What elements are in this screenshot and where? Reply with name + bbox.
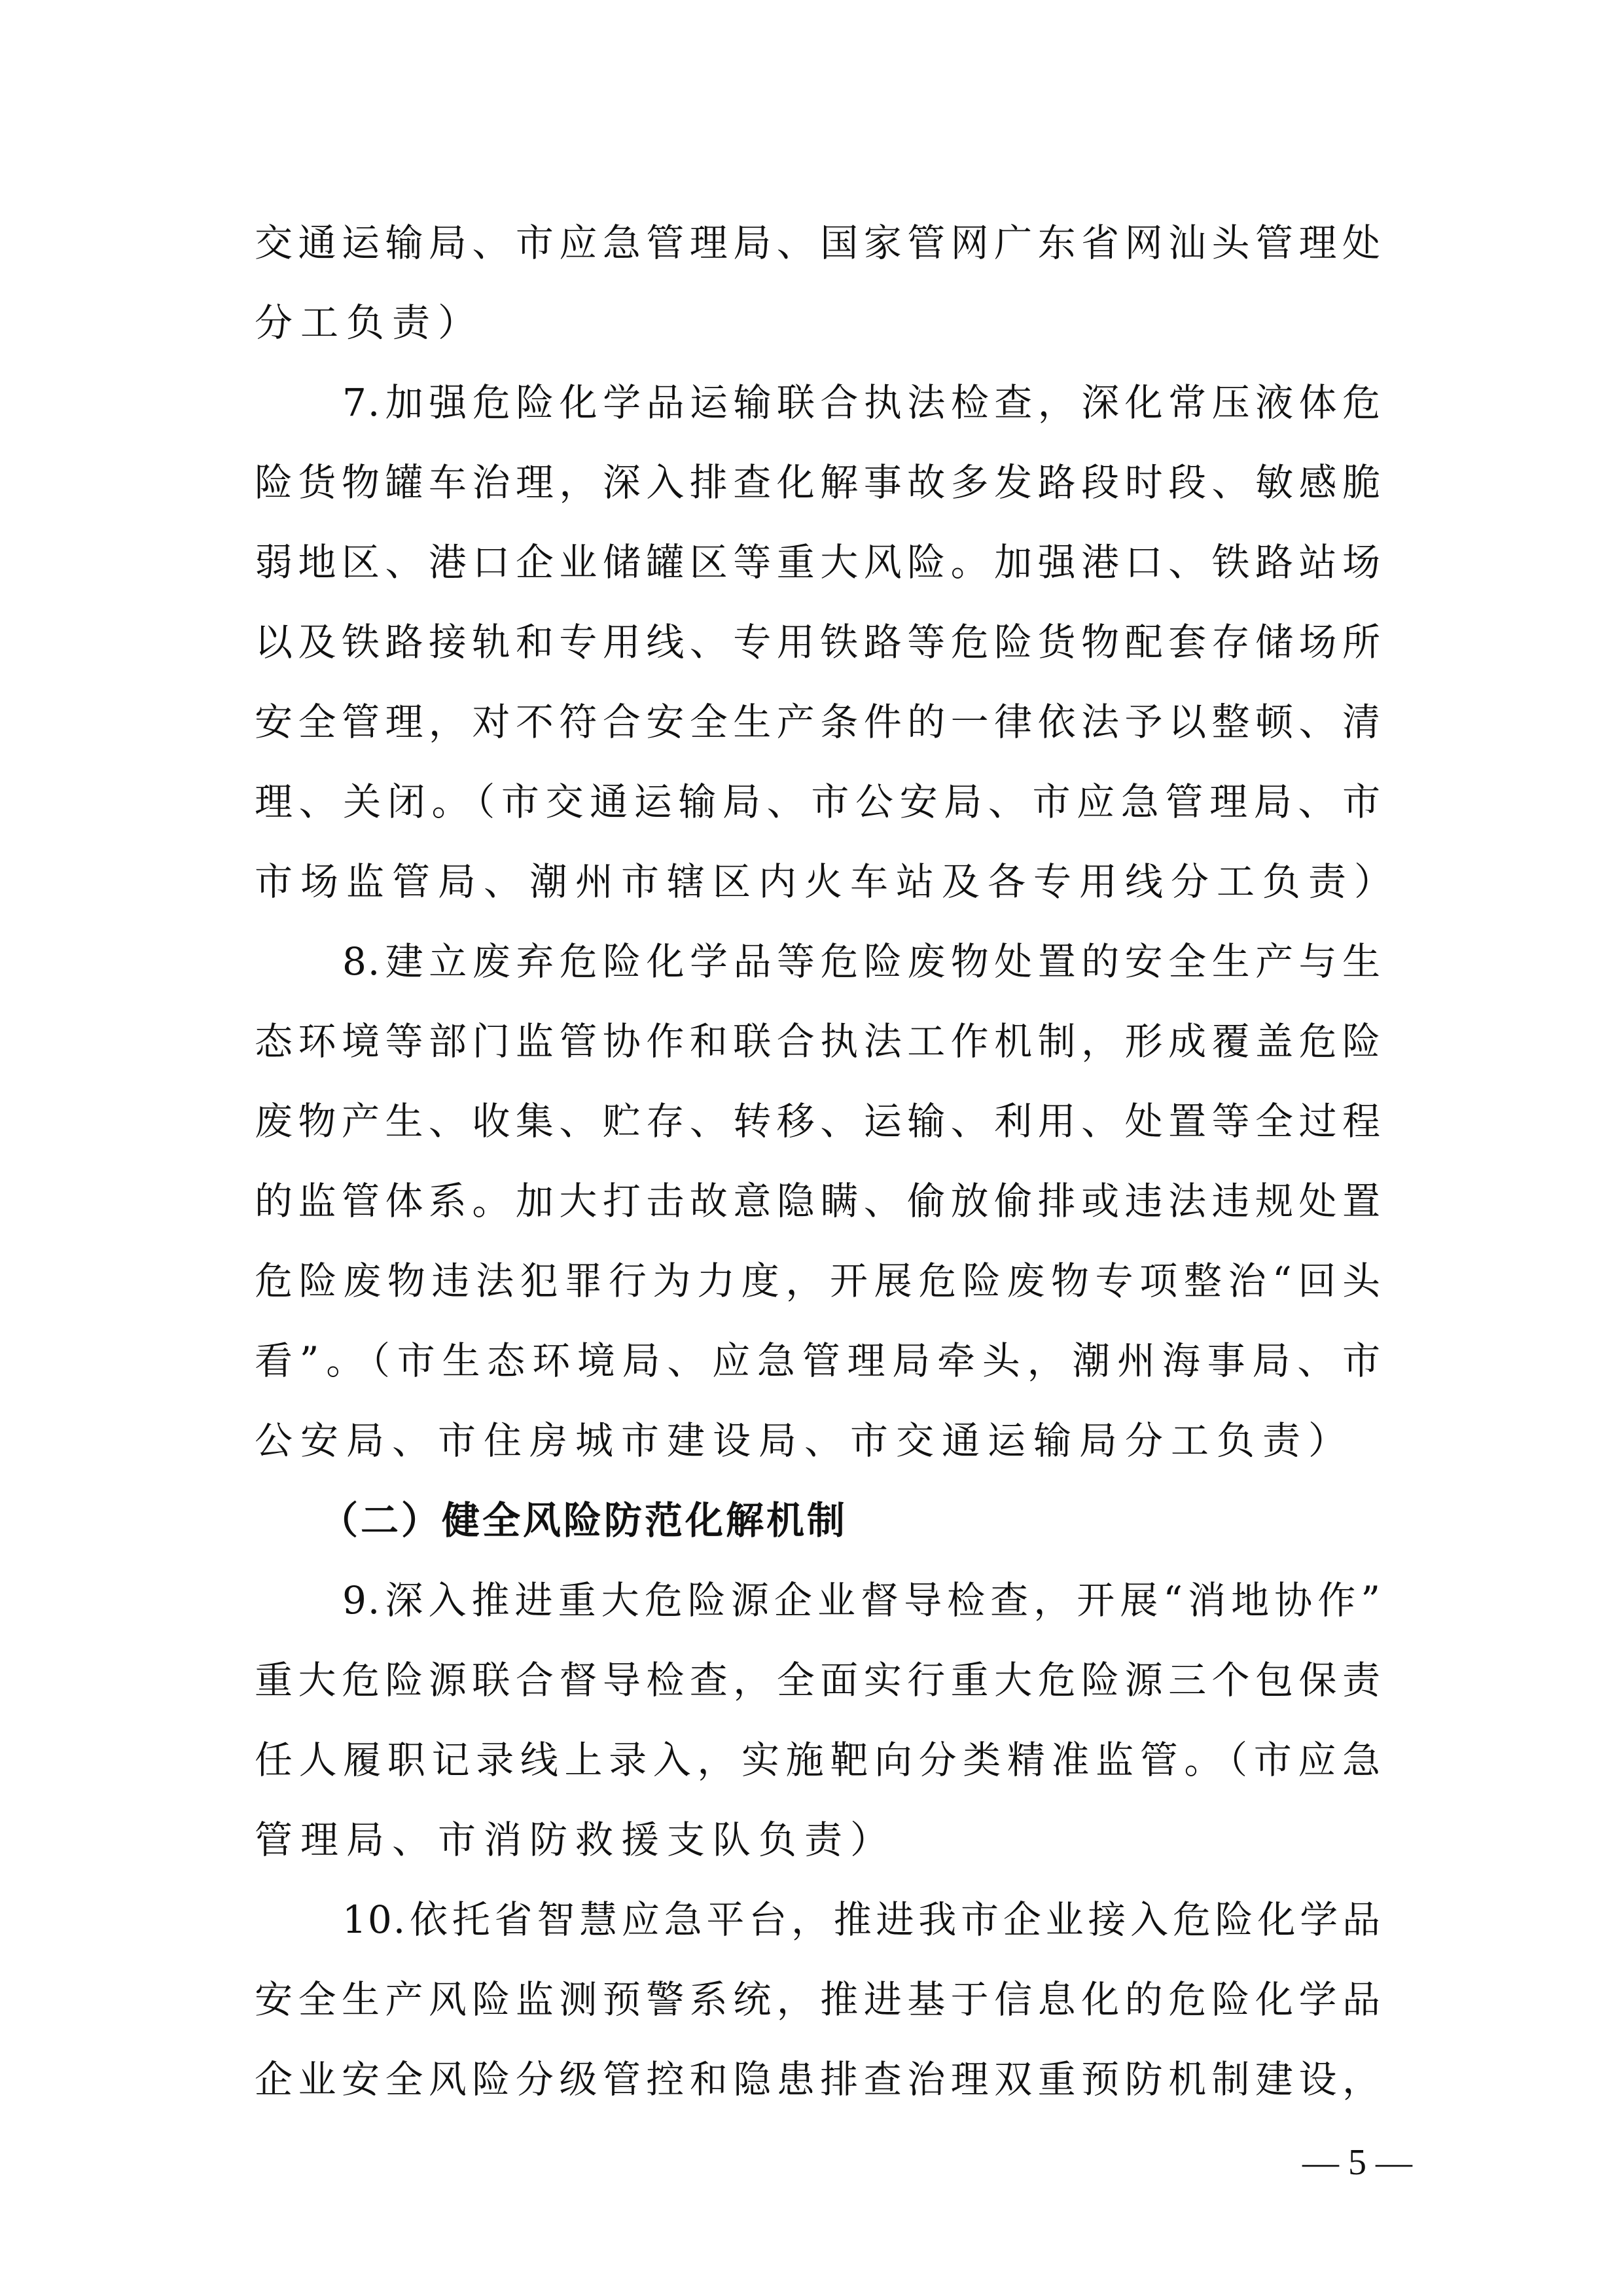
text-line: 任人履职记录线上录入，实施靶向分类精准监管。（市应急 xyxy=(255,1720,1382,1800)
text-line: 废物产生、收集、贮存、转移、运输、利用、处置等全过程 xyxy=(255,1081,1382,1161)
paragraph-item-7-start: 7.加强危险化学品运输联合执法检查，深化常压液体危 xyxy=(255,363,1382,442)
text-line: 管理局、市消防救援支队负责） xyxy=(255,1800,1382,1880)
text-line: 弱地区、港口企业储罐区等重大风险。加强港口、铁路站场 xyxy=(255,522,1382,602)
text-line: 安全生产风险监测预警系统，推进基于信息化的危险化学品 xyxy=(255,1960,1382,2039)
text-line: 以及铁路接轨和专用线、专用铁路等危险货物配套存储场所 xyxy=(255,602,1382,682)
text-line: 看”。（市生态环境局、应急管理局牵头，潮州海事局、市 xyxy=(255,1321,1382,1401)
text-line: 安全管理，对不符合安全生产条件的一律依法予以整顿、清 xyxy=(255,682,1382,762)
paragraph-item-10-start: 10.依托省智慧应急平台，推进我市企业接入危险化学品 xyxy=(255,1880,1382,1960)
text-line: 市场监管局、潮州市辖区内火车站及各专用线分工负责） xyxy=(255,842,1382,922)
section-heading: （二）健全风险防范化解机制 xyxy=(255,1480,1382,1560)
text-line: 企业安全风险分级管控和隐患排查治理双重预防机制建设， xyxy=(255,2039,1382,2119)
text-line: 交通运输局、市应急管理局、国家管网广东省网汕头管理处 xyxy=(255,203,1382,283)
text-line: 险货物罐车治理，深入排查化解事故多发路段时段、敏感脆 xyxy=(255,442,1382,522)
text-line: 重大危险源联合督导检查，全面实行重大危险源三个包保责 xyxy=(255,1640,1382,1720)
text-line: 态环境等部门监管协作和联合执法工作机制，形成覆盖危险 xyxy=(255,1001,1382,1081)
text-line: 分工负责） xyxy=(255,283,1382,363)
paragraph-item-8-start: 8.建立废弃危险化学品等危险废物处置的安全生产与生 xyxy=(255,922,1382,1001)
text-line: 公安局、市住房城市建设局、市交通运输局分工负责） xyxy=(255,1401,1382,1480)
text-line: 的监管体系。加大打击故意隐瞒、偷放偷排或违法违规处置 xyxy=(255,1161,1382,1241)
paragraph-item-9-start: 9.深入推进重大危险源企业督导检查，开展“消地协作” xyxy=(255,1560,1382,1640)
text-line: 理、关闭。（市交通运输局、市公安局、市应急管理局、市 xyxy=(255,762,1382,842)
page-number: — 5 — xyxy=(1302,2142,1383,2183)
document-body: 交通运输局、市应急管理局、国家管网广东省网汕头管理处 分工负责） 7.加强危险化… xyxy=(255,203,1382,2119)
text-line: 危险废物违法犯罪行为力度，开展危险废物专项整治“回头 xyxy=(255,1241,1382,1321)
